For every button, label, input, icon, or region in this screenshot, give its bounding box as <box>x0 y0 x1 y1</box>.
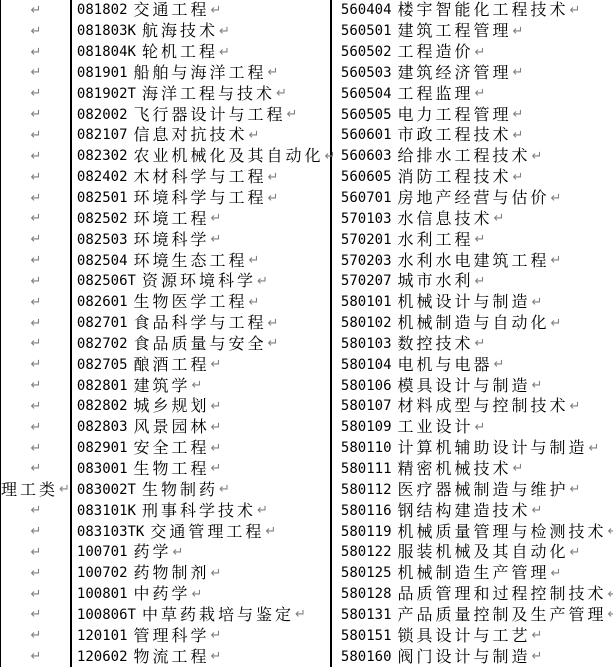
major-row: 560503建筑经济管理↵ <box>332 63 613 84</box>
paragraph-return-mark-icon: ↵ <box>211 462 222 475</box>
major-row: 560504工程监理↵ <box>332 83 613 104</box>
major-code: 083101K <box>77 504 136 518</box>
category-column: ↵↵↵↵↵↵↵↵↵↵↵↵↵↵↵↵↵↵↵↵↵↵↵理工类↵↵↵↵↵↵↵↵↵ <box>0 0 72 667</box>
category-empty-row: ↵ <box>1 42 70 63</box>
major-name: 建筑学 <box>134 378 191 394</box>
paragraph-return-mark-icon: ↵ <box>31 608 42 621</box>
paragraph-return-mark-icon: ↵ <box>31 129 42 142</box>
major-name: 建筑经济管理 <box>398 65 512 81</box>
major-row: 081804K轮机工程↵ <box>72 42 330 63</box>
paragraph-return-mark-icon: ↵ <box>31 233 42 246</box>
category-empty-row: ↵ <box>1 334 70 355</box>
major-code: 580122 <box>341 545 392 559</box>
paragraph-return-mark-icon: ↵ <box>475 87 486 100</box>
paragraph-return-mark-icon: ↵ <box>31 546 42 559</box>
paragraph-return-mark-icon: ↵ <box>31 150 42 163</box>
category-empty-row: ↵ <box>1 542 70 563</box>
major-row: 580160阀门设计与制造↵ <box>332 646 613 667</box>
major-code: 100801 <box>77 587 128 601</box>
major-code: 560404 <box>341 3 392 17</box>
paragraph-return-mark-icon: ↵ <box>287 108 298 121</box>
major-row: 082107信息对抗技术↵ <box>72 125 330 146</box>
major-name: 木材科学与工程 <box>134 169 267 185</box>
major-row: 580151锁具设计与工艺↵ <box>332 625 613 646</box>
category-empty-row: ↵ <box>1 167 70 188</box>
paragraph-return-mark-icon: ↵ <box>31 296 42 309</box>
major-code: 082901 <box>77 441 128 455</box>
major-row: 560601市政工程技术↵ <box>332 125 613 146</box>
major-name: 机械制造与自动化 <box>398 315 550 331</box>
major-name: 机械制造生产管理 <box>398 565 550 581</box>
paragraph-return-mark-icon: ↵ <box>475 46 486 59</box>
major-row: 580110计算机辅助设计与制造↵ <box>332 438 613 459</box>
major-name: 模具设计与制造 <box>398 378 531 394</box>
major-code: 570203 <box>341 254 392 268</box>
major-name: 信息对抗技术 <box>134 127 248 143</box>
major-row: 560605消防工程技术↵ <box>332 167 613 188</box>
major-code: 580102 <box>341 316 392 330</box>
major-name: 中药学 <box>134 586 191 602</box>
major-code: 560504 <box>341 87 392 101</box>
paragraph-return-mark-icon: ↵ <box>31 588 42 601</box>
major-code: 580131 <box>341 608 392 622</box>
paragraph-return-mark-icon: ↵ <box>31 358 42 371</box>
major-code: 081901 <box>77 66 128 80</box>
major-row: 083002T生物制药↵ <box>72 479 330 500</box>
category-empty-row: ↵ <box>1 521 70 542</box>
paragraph-return-mark-icon: ↵ <box>31 317 42 330</box>
major-name: 城市水利 <box>398 273 474 289</box>
paragraph-return-mark-icon: ↵ <box>249 296 260 309</box>
paragraph-return-mark-icon: ↵ <box>31 25 42 38</box>
paragraph-return-mark-icon: ↵ <box>31 629 42 642</box>
category-empty-row: ↵ <box>1 313 70 334</box>
major-row: 082705酿酒工程↵ <box>72 354 330 375</box>
paragraph-return-mark-icon: ↵ <box>31 254 42 267</box>
category-empty-row: ↵ <box>1 646 70 667</box>
major-name: 酿酒工程 <box>134 357 210 373</box>
category-empty-row: ↵ <box>1 396 70 417</box>
major-row: 082803风景园林↵ <box>72 417 330 438</box>
category-label-row: 理工类↵ <box>1 479 70 500</box>
major-name: 机械设计与制造 <box>398 294 531 310</box>
major-row: 580125机械制造生产管理↵ <box>332 563 613 584</box>
major-name: 环境工程 <box>134 211 210 227</box>
major-row: 570207城市水利↵ <box>332 271 613 292</box>
paragraph-return-mark-icon: ↵ <box>211 233 222 246</box>
major-row: 580101机械设计与制造↵ <box>332 292 613 313</box>
major-row: 570203水利水电建筑工程↵ <box>332 250 613 271</box>
category-empty-row: ↵ <box>1 354 70 375</box>
paragraph-return-mark-icon: ↵ <box>268 66 279 79</box>
paragraph-return-mark-icon: ↵ <box>265 525 276 538</box>
major-row: 580122服装机械及其自动化↵ <box>332 542 613 563</box>
major-name: 电力工程管理 <box>398 107 512 123</box>
major-row: 580104电机与电器↵ <box>332 354 613 375</box>
major-code: 580160 <box>341 650 392 664</box>
paragraph-return-mark-icon: ↵ <box>295 608 306 621</box>
major-name: 给排水工程技术 <box>398 148 531 164</box>
major-name: 建筑工程管理 <box>398 23 512 39</box>
major-name: 食品质量与安全 <box>134 336 267 352</box>
major-row: 580116钢结构建造技术↵ <box>332 500 613 521</box>
category-empty-row: ↵ <box>1 625 70 646</box>
paragraph-return-mark-icon: ↵ <box>608 608 613 621</box>
paragraph-return-mark-icon: ↵ <box>494 212 505 225</box>
category-empty-row: ↵ <box>1 83 70 104</box>
paragraph-return-mark-icon: ↵ <box>219 25 230 38</box>
paragraph-return-mark-icon: ↵ <box>608 588 613 601</box>
major-name: 飞行器设计与工程 <box>134 107 286 123</box>
major-name: 阀门设计与制造 <box>398 649 531 665</box>
major-row: 570201水利工程↵ <box>332 229 613 250</box>
category-empty-row: ↵ <box>1 146 70 167</box>
paragraph-return-mark-icon: ↵ <box>276 87 287 100</box>
major-row: 560701房地产经营与估价↵ <box>332 188 613 209</box>
major-row: 580103数控技术↵ <box>332 334 613 355</box>
major-code: 082701 <box>77 316 128 330</box>
paragraph-return-mark-icon: ↵ <box>268 171 279 184</box>
document-page: ↵↵↵↵↵↵↵↵↵↵↵↵↵↵↵↵↵↵↵↵↵↵↵理工类↵↵↵↵↵↵↵↵↵ 0818… <box>0 0 613 667</box>
paragraph-return-mark-icon: ↵ <box>551 192 562 205</box>
category-label: 理工类 <box>1 482 58 498</box>
major-code: 081902T <box>77 87 136 101</box>
major-name: 物流工程 <box>134 649 210 665</box>
paragraph-return-mark-icon: ↵ <box>31 4 42 17</box>
major-code: 580101 <box>341 295 392 309</box>
paragraph-return-mark-icon: ↵ <box>31 46 42 59</box>
major-code: 082503 <box>77 233 128 247</box>
major-name: 医疗器械制造与维护 <box>398 482 569 498</box>
major-code: 580151 <box>341 629 392 643</box>
major-code: 082705 <box>77 358 128 372</box>
category-empty-row: ↵ <box>1 500 70 521</box>
major-name: 交通管理工程 <box>150 524 264 540</box>
major-row: 120602物流工程↵ <box>72 646 330 667</box>
major-name: 水信息技术 <box>398 211 493 227</box>
major-name: 环境生态工程 <box>134 253 248 269</box>
paragraph-return-mark-icon: ↵ <box>494 358 505 371</box>
paragraph-return-mark-icon: ↵ <box>192 588 203 601</box>
category-empty-row: ↵ <box>1 604 70 625</box>
major-code: 580111 <box>341 462 392 476</box>
major-row: 100806T中草药栽培与鉴定↵ <box>72 604 330 625</box>
major-code: 082802 <box>77 399 128 413</box>
paragraph-return-mark-icon: ↵ <box>59 483 70 496</box>
major-code: 560701 <box>341 191 392 205</box>
paragraph-return-mark-icon: ↵ <box>31 108 42 121</box>
category-empty-row: ↵ <box>1 438 70 459</box>
major-code: 560501 <box>341 24 392 38</box>
paragraph-return-mark-icon: ↵ <box>532 379 543 392</box>
paragraph-return-mark-icon: ↵ <box>31 462 42 475</box>
paragraph-return-mark-icon: ↵ <box>211 400 222 413</box>
category-empty-row: ↵ <box>1 563 70 584</box>
paragraph-return-mark-icon: ↵ <box>219 46 230 59</box>
major-code: 100702 <box>77 566 128 580</box>
paragraph-return-mark-icon: ↵ <box>532 296 543 309</box>
paragraph-return-mark-icon: ↵ <box>31 337 42 350</box>
major-name: 工程监理 <box>398 86 474 102</box>
major-name: 城乡规划 <box>134 398 210 414</box>
paragraph-return-mark-icon: ↵ <box>513 129 524 142</box>
category-empty-row: ↵ <box>1 459 70 480</box>
category-empty-row: ↵ <box>1 63 70 84</box>
major-list-column-left: 081802交通工程↵081803K航海技术↵081804K轮机工程↵08190… <box>72 0 332 667</box>
major-code: 081803K <box>77 24 136 38</box>
paragraph-return-mark-icon: ↵ <box>551 254 562 267</box>
paragraph-return-mark-icon: ↵ <box>532 650 543 663</box>
major-code: 082402 <box>77 170 128 184</box>
major-row: 560603给排水工程技术↵ <box>332 146 613 167</box>
major-code: 580125 <box>341 566 392 580</box>
major-name: 工业设计 <box>398 419 474 435</box>
major-row: 560502工程造价↵ <box>332 42 613 63</box>
paragraph-return-mark-icon: ↵ <box>31 275 42 288</box>
major-code: 580110 <box>341 441 392 455</box>
major-row: 082702食品质量与安全↵ <box>72 334 330 355</box>
paragraph-return-mark-icon: ↵ <box>192 379 203 392</box>
major-name: 中草药栽培与鉴定 <box>142 607 294 623</box>
major-name: 钢结构建造技术 <box>398 503 531 519</box>
major-name: 药物制剂 <box>134 565 210 581</box>
major-code: 120602 <box>77 650 128 664</box>
paragraph-return-mark-icon: ↵ <box>475 337 486 350</box>
major-code: 570103 <box>341 212 392 226</box>
paragraph-return-mark-icon: ↵ <box>31 567 42 580</box>
major-name: 材料成型与控制技术 <box>398 398 569 414</box>
major-name: 品质管理和过程控制技术 <box>398 586 607 602</box>
major-code: 083103TK <box>77 525 144 539</box>
major-row: 560505电力工程管理↵ <box>332 104 613 125</box>
major-name: 环境科学 <box>134 232 210 248</box>
major-row: 580102机械制造与自动化↵ <box>332 313 613 334</box>
category-empty-row: ↵ <box>1 417 70 438</box>
paragraph-return-mark-icon: ↵ <box>211 421 222 434</box>
major-row: 083103TK交通管理工程↵ <box>72 521 330 542</box>
major-row: 081901船舶与海洋工程↵ <box>72 63 330 84</box>
major-list-column-right: 560404楼宇智能化工程技术↵560501建筑工程管理↵560502工程造价↵… <box>332 0 613 667</box>
major-name: 资源环境科学 <box>142 273 256 289</box>
paragraph-return-mark-icon: ↵ <box>475 421 486 434</box>
paragraph-return-mark-icon: ↵ <box>570 483 581 496</box>
major-name: 风景园林 <box>134 419 210 435</box>
major-name: 生物医学工程 <box>134 294 248 310</box>
paragraph-return-mark-icon: ↵ <box>513 66 524 79</box>
paragraph-return-mark-icon: ↵ <box>31 171 42 184</box>
category-empty-row: ↵ <box>1 21 70 42</box>
major-code: 100701 <box>77 545 128 559</box>
major-row: 580107材料成型与控制技术↵ <box>332 396 613 417</box>
major-name: 房地产经营与估价 <box>398 190 550 206</box>
major-row: 580106模具设计与制造↵ <box>332 375 613 396</box>
major-row: 082801建筑学↵ <box>72 375 330 396</box>
paragraph-return-mark-icon: ↵ <box>268 337 279 350</box>
major-code: 560605 <box>341 170 392 184</box>
major-name: 工程造价 <box>398 44 474 60</box>
major-name: 市政工程技术 <box>398 127 512 143</box>
major-code: 100806T <box>77 608 136 622</box>
paragraph-return-mark-icon: ↵ <box>532 504 543 517</box>
major-name: 安全工程 <box>134 440 210 456</box>
paragraph-return-mark-icon: ↵ <box>31 400 42 413</box>
category-empty-row: ↵ <box>1 208 70 229</box>
major-row: 580111精密机械技术↵ <box>332 459 613 480</box>
major-code: 580119 <box>341 525 392 539</box>
major-name: 数控技术 <box>398 336 474 352</box>
paragraph-return-mark-icon: ↵ <box>211 650 222 663</box>
paragraph-return-mark-icon: ↵ <box>268 192 279 205</box>
category-empty-row: ↵ <box>1 229 70 250</box>
major-code: 560505 <box>341 108 392 122</box>
paragraph-return-mark-icon: ↵ <box>211 442 222 455</box>
major-code: 560502 <box>341 45 392 59</box>
major-code: 580112 <box>341 483 392 497</box>
paragraph-return-mark-icon: ↵ <box>513 171 524 184</box>
major-name: 交通工程 <box>134 2 210 18</box>
major-name: 水利水电建筑工程 <box>398 253 550 269</box>
paragraph-return-mark-icon: ↵ <box>532 150 543 163</box>
major-name: 食品科学与工程 <box>134 315 267 331</box>
category-empty-row: ↵ <box>1 188 70 209</box>
major-code: 560603 <box>341 149 392 163</box>
major-code: 082702 <box>77 337 128 351</box>
paragraph-return-mark-icon: ↵ <box>31 421 42 434</box>
major-row: 083101K刑事科学技术↵ <box>72 500 330 521</box>
major-name: 精密机械技术 <box>398 461 512 477</box>
paragraph-return-mark-icon: ↵ <box>249 129 260 142</box>
major-code: 580103 <box>341 337 392 351</box>
major-row: 081803K航海技术↵ <box>72 21 330 42</box>
major-code: 082506T <box>77 274 136 288</box>
major-code: 082504 <box>77 254 128 268</box>
major-code: 082502 <box>77 212 128 226</box>
paragraph-return-mark-icon: ↵ <box>219 483 230 496</box>
major-row: 082501环境科学与工程↵ <box>72 188 330 209</box>
major-row: 100701药学↵ <box>72 542 330 563</box>
major-row: 083001生物工程↵ <box>72 459 330 480</box>
paragraph-return-mark-icon: ↵ <box>513 462 524 475</box>
major-row: 081902T海洋工程与技术↵ <box>72 83 330 104</box>
major-name: 航海技术 <box>142 23 218 39</box>
major-code: 082501 <box>77 191 128 205</box>
major-code: 081802 <box>77 3 128 17</box>
major-code: 083002T <box>77 483 136 497</box>
major-name: 锁具设计与工艺 <box>398 628 531 644</box>
major-name: 电机与电器 <box>398 357 493 373</box>
major-row: 082506T资源环境科学↵ <box>72 271 330 292</box>
major-row: 560501建筑工程管理↵ <box>332 21 613 42</box>
major-name: 环境科学与工程 <box>134 190 267 206</box>
major-row: 082504环境生态工程↵ <box>72 250 330 271</box>
category-empty-row: ↵ <box>1 125 70 146</box>
major-code: 580128 <box>341 587 392 601</box>
paragraph-return-mark-icon: ↵ <box>608 525 613 538</box>
major-name: 农业机械化及其自动化 <box>134 148 324 164</box>
paragraph-return-mark-icon: ↵ <box>475 275 486 288</box>
major-name: 生物工程 <box>134 461 210 477</box>
major-row: 580128品质管理和过程控制技术↵ <box>332 584 613 605</box>
paragraph-return-mark-icon: ↵ <box>249 254 260 267</box>
major-name: 刑事科学技术 <box>142 503 256 519</box>
major-name: 产品质量控制及生产管理 <box>398 607 607 623</box>
paragraph-return-mark-icon: ↵ <box>211 4 222 17</box>
major-row: 580131产品质量控制及生产管理↵ <box>332 604 613 625</box>
major-code: 082803 <box>77 420 128 434</box>
paragraph-return-mark-icon: ↵ <box>31 379 42 392</box>
paragraph-return-mark-icon: ↵ <box>31 525 42 538</box>
category-empty-row: ↵ <box>1 584 70 605</box>
major-code: 570201 <box>341 233 392 247</box>
category-empty-row: ↵ <box>1 271 70 292</box>
major-row: 082802城乡规划↵ <box>72 396 330 417</box>
paragraph-return-mark-icon: ↵ <box>211 212 222 225</box>
major-name: 水利工程 <box>398 232 474 248</box>
major-name: 生物制药 <box>142 482 218 498</box>
major-row: 082503环境科学↵ <box>72 229 330 250</box>
major-row: 100801中药学↵ <box>72 584 330 605</box>
major-code: 083001 <box>77 462 128 476</box>
major-code: 081804K <box>77 45 136 59</box>
major-code: 082601 <box>77 295 128 309</box>
major-code: 580104 <box>341 358 392 372</box>
paragraph-return-mark-icon: ↵ <box>475 233 486 246</box>
paragraph-return-mark-icon: ↵ <box>268 317 279 330</box>
paragraph-return-mark-icon: ↵ <box>551 317 562 330</box>
major-name: 药学 <box>134 544 172 560</box>
category-empty-row: ↵ <box>1 104 70 125</box>
category-empty-row: ↵ <box>1 292 70 313</box>
major-row: 100702药物制剂↵ <box>72 563 330 584</box>
paragraph-return-mark-icon: ↵ <box>31 212 42 225</box>
major-code: 082801 <box>77 379 128 393</box>
paragraph-return-mark-icon: ↵ <box>257 275 268 288</box>
major-name: 船舶与海洋工程 <box>134 65 267 81</box>
paragraph-return-mark-icon: ↵ <box>211 629 222 642</box>
paragraph-return-mark-icon: ↵ <box>31 87 42 100</box>
paragraph-return-mark-icon: ↵ <box>31 650 42 663</box>
major-name: 管理科学 <box>134 628 210 644</box>
paragraph-return-mark-icon: ↵ <box>589 442 600 455</box>
major-row: 570103水信息技术↵ <box>332 208 613 229</box>
major-code: 082302 <box>77 149 128 163</box>
major-code: 570207 <box>341 274 392 288</box>
paragraph-return-mark-icon: ↵ <box>570 546 581 559</box>
paragraph-return-mark-icon: ↵ <box>173 546 184 559</box>
major-code: 082002 <box>77 108 128 122</box>
major-code: 120101 <box>77 629 128 643</box>
major-code: 560503 <box>341 66 392 80</box>
paragraph-return-mark-icon: ↵ <box>31 442 42 455</box>
major-row: 580119机械质量管理与检测技术↵ <box>332 521 613 542</box>
paragraph-return-mark-icon: ↵ <box>31 192 42 205</box>
major-row: 082402木材科学与工程↵ <box>72 167 330 188</box>
paragraph-return-mark-icon: ↵ <box>211 358 222 371</box>
major-name: 楼宇智能化工程技术 <box>398 2 569 18</box>
major-row: 120101管理科学↵ <box>72 625 330 646</box>
major-name: 海洋工程与技术 <box>142 86 275 102</box>
major-row: 580109工业设计↵ <box>332 417 613 438</box>
major-name: 计算机辅助设计与制造 <box>398 440 588 456</box>
major-code: 580116 <box>341 504 392 518</box>
category-empty-row: ↵ <box>1 250 70 271</box>
major-name: 服装机械及其自动化 <box>398 544 569 560</box>
major-row: 560404楼宇智能化工程技术↵ <box>332 0 613 21</box>
major-code: 580109 <box>341 420 392 434</box>
major-code: 580107 <box>341 399 392 413</box>
paragraph-return-mark-icon: ↵ <box>513 25 524 38</box>
major-row: 082502环境工程↵ <box>72 208 330 229</box>
